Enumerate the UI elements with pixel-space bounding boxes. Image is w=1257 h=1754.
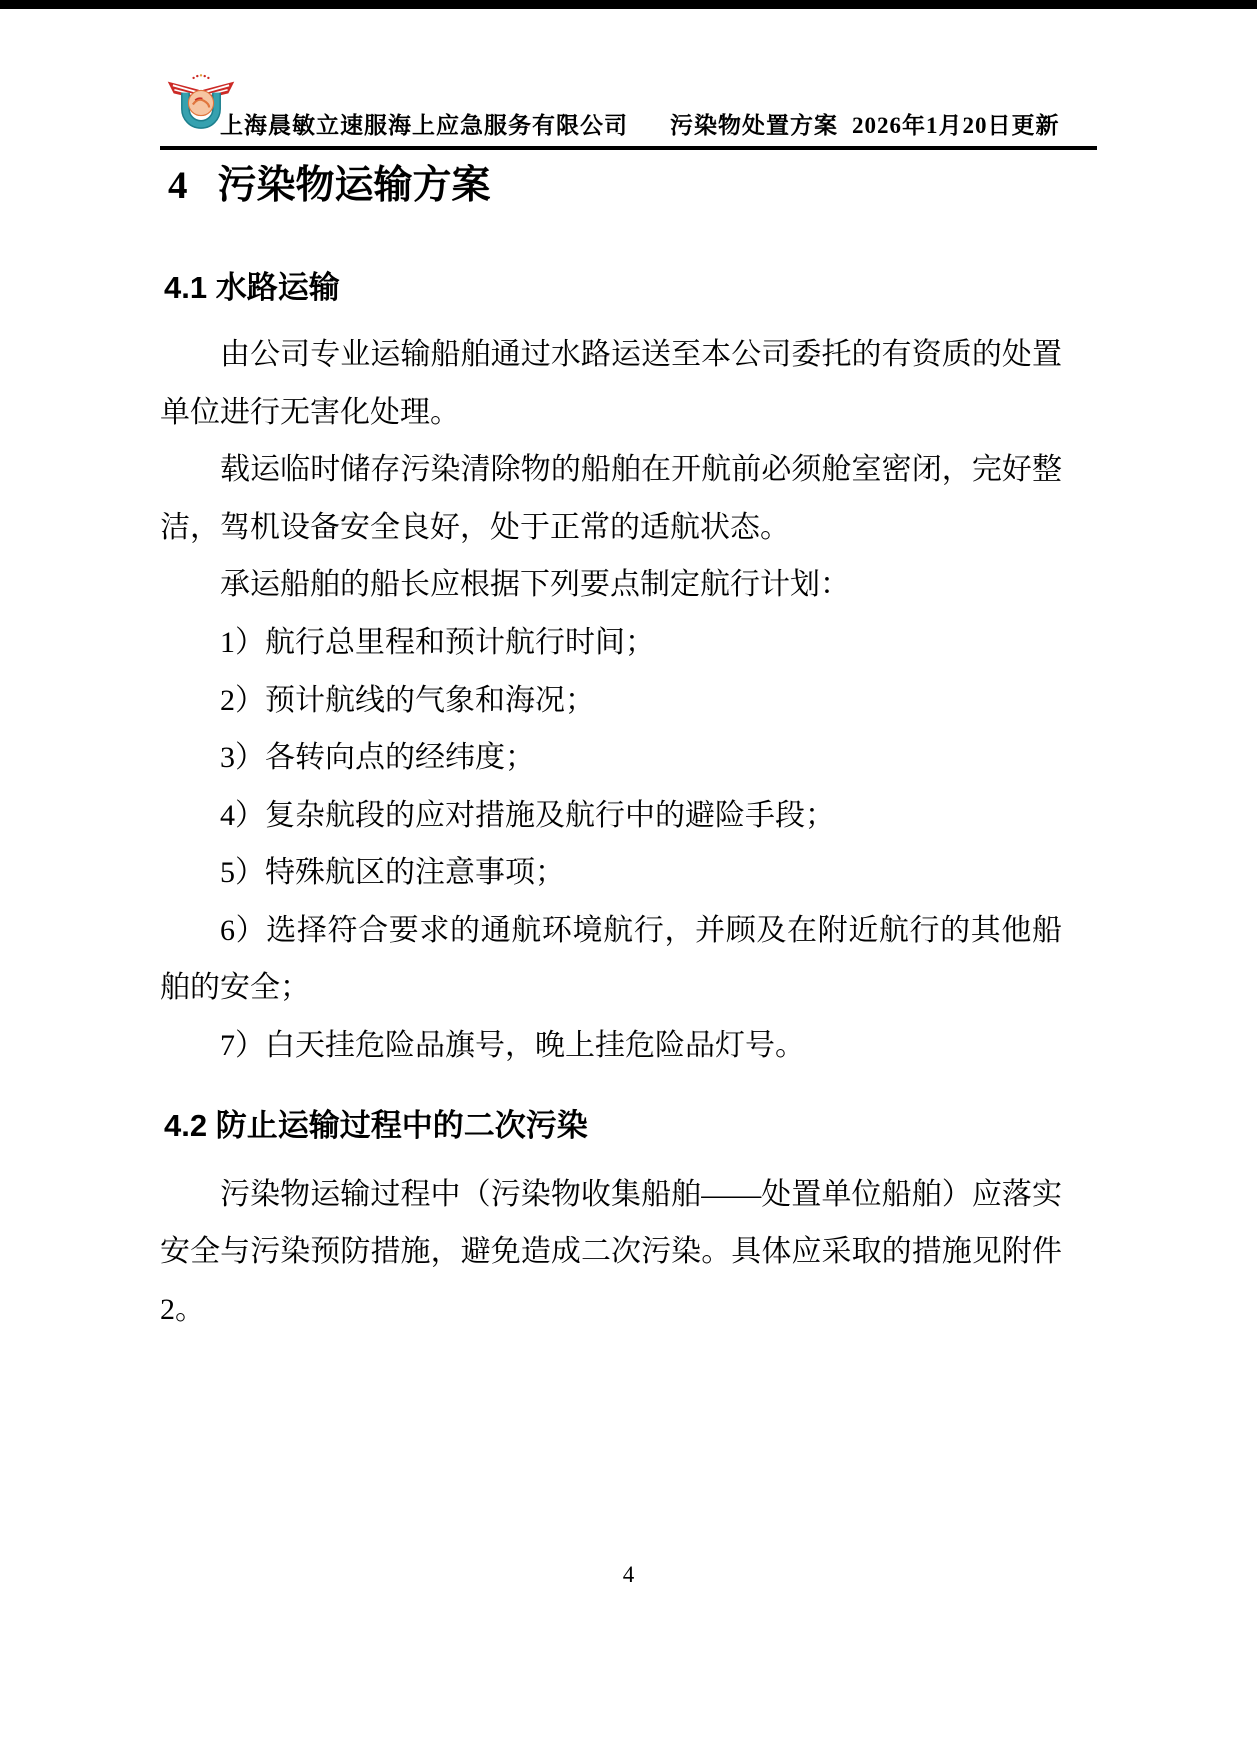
paragraph-secondary-pollution: 污染物运输过程中（污染物收集船舶——处置单位船舶）应落实安全与污染预防措施，避免… (160, 1166, 1062, 1339)
list-item-6: 6）选择符合要求的通航环境航行，并顾及在附近航行的其他船舶的安全； (160, 902, 1062, 1017)
paragraph-water-transport-1: 由公司专业运输船舶通过水路运送至本公司委托的有资质的处置单位进行无害化处理。 (160, 326, 1062, 441)
paragraph-water-transport-2: 载运临时储存污染清除物的船舶在开航前必须舱室密闭，完好整洁，驾机设备安全良好，处… (160, 441, 1062, 556)
header-company-name: 上海晨敏立速服海上应急服务有限公司 (220, 107, 628, 140)
document-body: 4污染物运输方案 4.1 水路运输 由公司专业运输船舶通过水路运送至本公司委托的… (160, 150, 1062, 1339)
list-item-4: 4）复杂航段的应对措施及航行中的避险手段； (160, 787, 1062, 845)
document-page: 上海晨敏立速服海上应急服务有限公司 污染物处置方案 2026年1月20日更新 4… (0, 0, 1257, 1754)
chapter-title: 4污染物运输方案 (168, 162, 1062, 211)
chapter-number: 4 (168, 164, 188, 207)
list-item-7: 7）白天挂危险品旗号，晚上挂危险品灯号。 (160, 1017, 1062, 1075)
list-item-1: 1）航行总里程和预计航行时间； (160, 614, 1062, 672)
list-item-2: 2）预计航线的气象和海况； (160, 672, 1062, 730)
section-4-2-content: 污染物运输过程中（污染物收集船舶——处置单位船舶）应落实安全与污染预防措施，避免… (160, 1166, 1062, 1339)
header-doc-title: 污染物处置方案 (670, 107, 838, 140)
paragraph-water-transport-3: 承运船舶的船长应根据下列要点制定航行计划： (160, 556, 1062, 614)
header-updated-date: 2026年1月20日更新 (852, 107, 1060, 140)
section-4-1-content: 由公司专业运输船舶通过水路运送至本公司委托的有资质的处置单位进行无害化处理。 载… (160, 326, 1062, 1075)
list-item-3: 3）各转向点的经纬度； (160, 729, 1062, 787)
header-text-row: 上海晨敏立速服海上应急服务有限公司 污染物处置方案 2026年1月20日更新 (220, 107, 1060, 140)
section-4-2-heading: 4.2 防止运输过程中的二次污染 (164, 1107, 1062, 1144)
page-number: 4 (623, 1562, 635, 1587)
page-header: 上海晨敏立速服海上应急服务有限公司 污染物处置方案 2026年1月20日更新 (160, 0, 1097, 150)
page-footer: 4 (0, 1562, 1257, 1588)
list-item-5: 5）特殊航区的注意事项； (160, 844, 1062, 902)
section-4-1-heading: 4.1 水路运输 (164, 269, 1062, 306)
chapter-title-text: 污染物运输方案 (218, 164, 491, 207)
